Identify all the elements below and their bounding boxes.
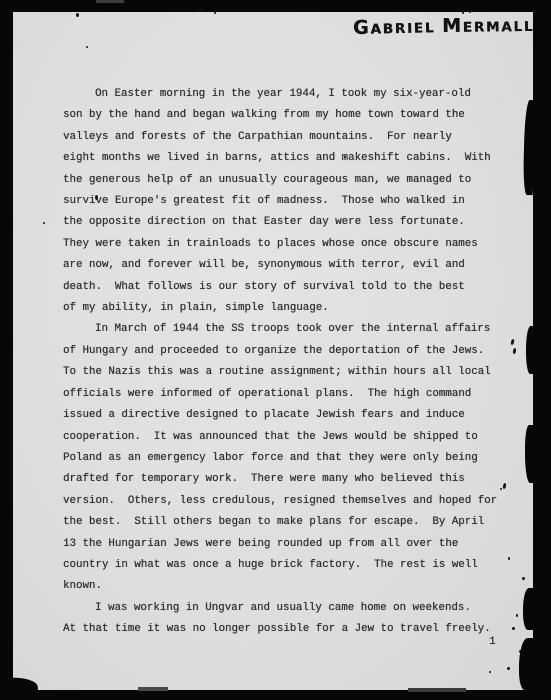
text-line: son by the hand and began walking from m… [63,105,507,126]
text-line: known. [63,576,507,597]
text-line: are now, and forever will be, synonymous… [63,255,507,276]
text-line: version. Others, less credulous, resigne… [63,491,507,512]
text-line: I was working in Ungvar and usually came… [63,598,507,619]
text-line: death. What follows is our story of surv… [63,277,507,298]
text-line: Poland as an emergency labor force and t… [63,448,507,469]
text-line: To the Nazis this was a routine assignme… [63,362,507,383]
handwritten-last-name: MERMALL [442,14,534,37]
text-line: survive Europe's greatest fit of madness… [63,191,507,212]
text-line: country in what was once a huge brick fa… [63,555,507,576]
scanned-document-page: { "scan": { "handwritten_name": { "first… [0,0,551,700]
text-line: On Easter morning in the year 1944, I to… [63,84,507,105]
text-line: cooperation. It was announced that the J… [63,427,507,448]
paper-sheet: GABRIELMERMALL On Easter morning in the … [13,12,533,690]
text-line: the best. Still others began to make pla… [63,512,507,533]
text-line: In March of 1944 the SS troops took over… [63,319,507,340]
text-line: officials were informed of operational p… [63,384,507,405]
typewritten-text-block: On Easter morning in the year 1944, I to… [63,84,507,641]
text-line: of my ability, in plain, simple language… [63,298,507,319]
handwritten-first-name: GABRIEL [353,15,436,39]
text-line: At that time it was no longer possible f… [63,619,507,640]
text-line: 13 the Hungarian Jews were being rounded… [63,534,507,555]
page-number: 1 [489,636,496,648]
handwritten-author-name: GABRIELMERMALL [353,13,535,39]
text-line: drafted for temporary work. There were m… [63,469,507,490]
text-line: They were taken in trainloads to places … [63,234,507,255]
text-line: the opposite direction on that Easter da… [63,212,507,233]
text-line: issued a directive designed to placate J… [63,405,507,426]
text-line: valleys and forests of the Carpathian mo… [63,127,507,148]
text-line: eight months we lived in barns, attics a… [63,148,507,169]
text-line: of Hungary and proceeded to organize the… [63,341,507,362]
text-line: the generous help of an unusually courag… [63,170,507,191]
